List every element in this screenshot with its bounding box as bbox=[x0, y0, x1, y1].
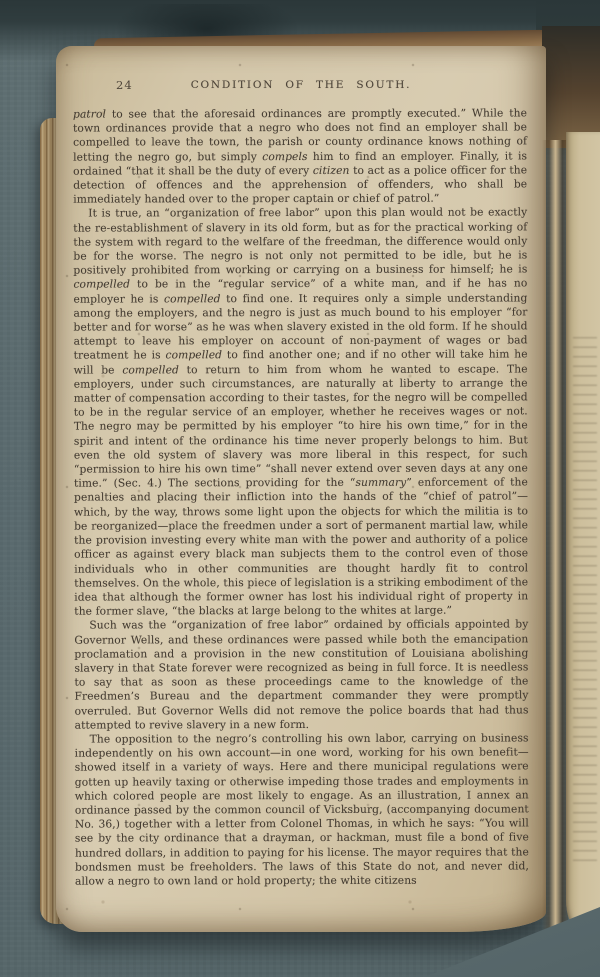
book-scan: 24 CONDITION OF THE SOUTH. patrol to see… bbox=[0, 0, 600, 977]
paragraph: It is true, an “organization of free lab… bbox=[73, 206, 528, 619]
adjacent-page-blurred-text bbox=[573, 337, 597, 866]
book-spine-top bbox=[542, 26, 600, 148]
book-page: 24 CONDITION OF THE SOUTH. patrol to see… bbox=[56, 46, 546, 932]
gutter-crease bbox=[542, 140, 568, 930]
adjacent-page-sliver bbox=[566, 132, 600, 926]
paragraph: patrol to see that the aforesaid ordinan… bbox=[73, 106, 527, 207]
running-title: CONDITION OF THE SOUTH. bbox=[74, 79, 528, 91]
paragraph: Such was the “organization of free labor… bbox=[74, 618, 528, 733]
page-header: 24 CONDITION OF THE SOUTH. bbox=[56, 78, 546, 94]
page-body: patrol to see that the aforesaid ordinan… bbox=[73, 106, 529, 888]
paragraph: The opposition to the negro’s controllin… bbox=[75, 731, 529, 888]
